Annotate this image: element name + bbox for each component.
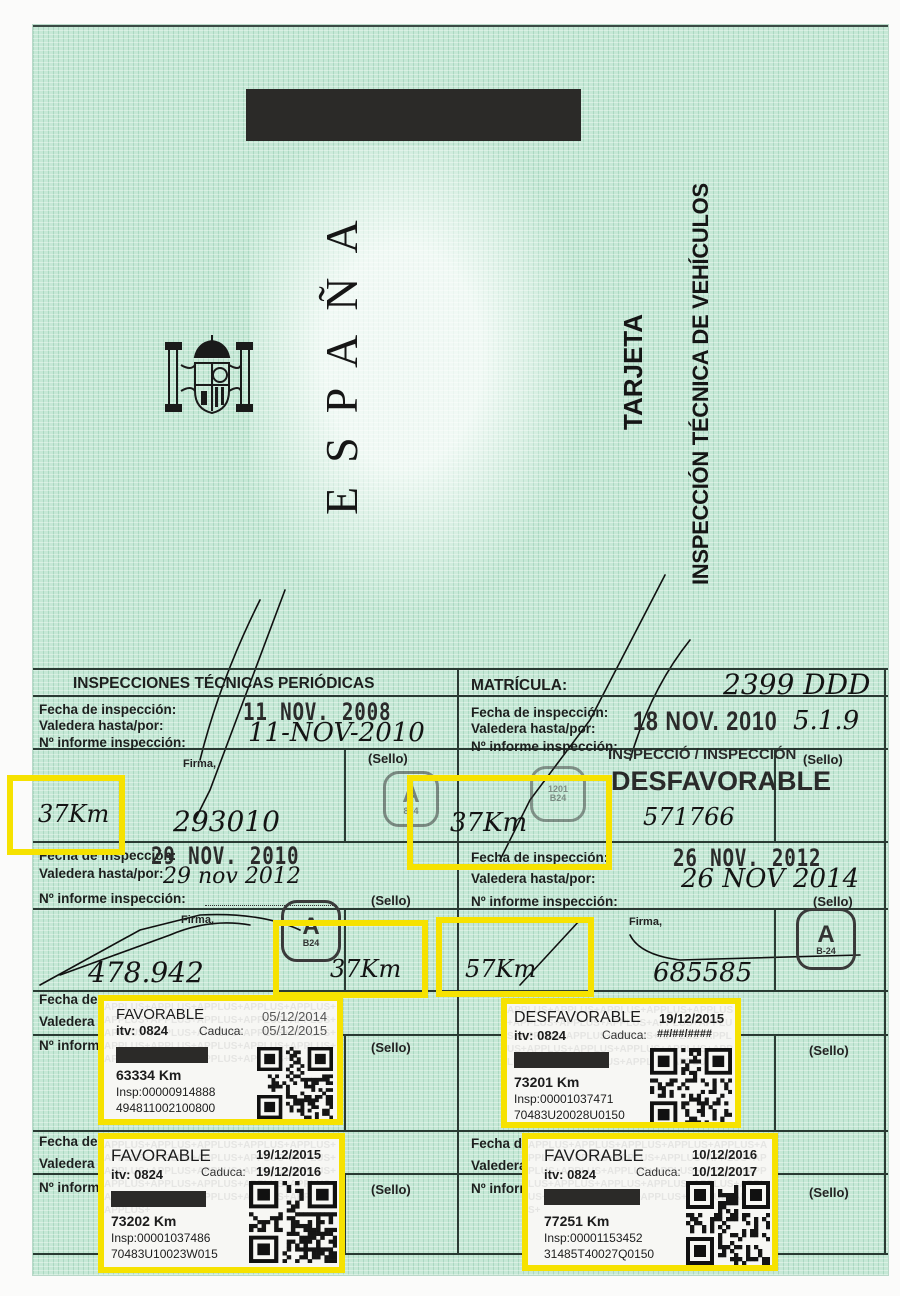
label-valid-until: Valedera: [39, 1014, 95, 1029]
sticker-caduca-label: Caduca:: [201, 1165, 246, 1179]
sticker-date: 10/12/2016: [692, 1147, 757, 1162]
report-number-3: 478.942: [88, 956, 204, 989]
label-signature: Firma,: [629, 916, 662, 928]
sticker-expiry: ##/##/####: [657, 1028, 712, 1040]
redacted-field: [514, 1052, 609, 1068]
sticker-date: 19/12/2015: [256, 1147, 321, 1162]
sticker-itv: itv: 0824: [111, 1167, 163, 1182]
result-stamp-line2: DESFAVORABLE: [611, 766, 831, 797]
sticker-caduca-label: Caduca:: [602, 1028, 647, 1042]
sticker-km: 73201 Km: [514, 1074, 579, 1090]
sticker-status: FAVORABLE: [116, 1006, 204, 1023]
valid-until-1: 11-NOV-2010: [248, 718, 425, 748]
sticker-status: DESFAVORABLE: [514, 1009, 641, 1027]
sticker-km: 73202 Km: [111, 1213, 176, 1229]
highlight-box: [436, 917, 594, 997]
sticker-date: 19/12/2015: [659, 1011, 724, 1026]
sticker-itv: itv: 0824: [514, 1028, 566, 1043]
itv-sticker: APPLUS+APPLUS+APPLUS+APPLUS+APPLUS+APPLU…: [522, 1133, 778, 1271]
highlight-box: [7, 775, 125, 855]
label-inspection-date: Fecha de: [39, 992, 98, 1007]
label-seal: (Sello): [809, 1043, 849, 1058]
sticker-code: 494811002100800: [116, 1101, 215, 1115]
label-valid-until: Valedera hasta/por:: [39, 866, 164, 881]
label-report-number: Nº informe inspección:: [471, 894, 618, 909]
sticker-code: 70483U10023W015: [111, 1247, 218, 1261]
redacted-field: [116, 1047, 208, 1063]
sticker-insp: Insp:00001037486: [111, 1231, 210, 1245]
sticker-insp: Insp:00000914888: [116, 1085, 215, 1099]
label-inspection-date: Fecha de inspección:: [471, 705, 608, 720]
label-inspection-date: Fecha de: [39, 1134, 98, 1149]
label-inspection-date: Fecha de: [471, 1136, 530, 1151]
report-number-2: 571766: [643, 803, 735, 831]
qr-code-icon: [257, 1047, 333, 1119]
highlight-box: [273, 920, 428, 998]
label-seal: (Sello): [803, 752, 843, 767]
sticker-code: 70483U20028U0150: [514, 1108, 625, 1122]
valid-until-4: 26 NOV 2014: [681, 864, 859, 894]
sticker-expiry: 10/12/2017: [692, 1164, 757, 1179]
label-valid-until: Valedera hasta/por:: [471, 871, 596, 886]
sticker-expiry: 05/12/2015: [262, 1023, 327, 1038]
sticker-km: 77251 Km: [544, 1213, 609, 1229]
table-header-plate: MATRÍCULA:: [471, 677, 567, 695]
sticker-itv: itv: 0824: [116, 1023, 168, 1038]
label-seal: (Sello): [371, 1182, 411, 1197]
sticker-km: 63334 Km: [116, 1067, 181, 1083]
label-inspection-date: Fecha de inspección:: [39, 702, 176, 717]
sticker-expiry: 19/12/2016: [256, 1164, 321, 1179]
plate-number: 2399 DDD: [723, 668, 871, 701]
label-valid-until: Valedera hasta/por:: [39, 718, 164, 733]
sticker-caduca-label: Caduca:: [199, 1024, 244, 1038]
annotation-2: 5.1.9: [793, 706, 859, 736]
valid-until-3: 29 nov 2012: [163, 864, 301, 889]
label-report-number: Nº inform: [39, 1180, 99, 1195]
highlight-box: [407, 775, 612, 870]
report-number-4: 685585: [653, 958, 752, 988]
sticker-status: FAVORABLE: [111, 1146, 211, 1166]
itv-sticker: APPLUS+APPLUS+APPLUS+APPLUS+APPLUS+APPLU…: [98, 995, 343, 1125]
label-signature: Firma,: [181, 914, 214, 926]
sticker-status: FAVORABLE: [544, 1146, 644, 1166]
label-valid-until: Valedera: [39, 1156, 95, 1171]
label-valid-until: Valedera: [471, 1158, 527, 1173]
result-stamp-line1: INSPECCIÓ / INSPECCIÓN: [608, 746, 796, 763]
label-report-number: Nº informe inspección:: [39, 891, 186, 906]
redacted-field: [111, 1191, 206, 1207]
sticker-itv: itv: 0824: [544, 1167, 596, 1182]
label-seal: (Sello): [371, 893, 411, 908]
itv-sticker: APPLUS+APPLUS+APPLUS+APPLUS+APPLUS+APPLU…: [501, 998, 741, 1128]
label-signature: Firma,: [183, 758, 216, 770]
table-header-left: INSPECCIONES TÉCNICAS PERIÓDICAS: [73, 675, 374, 693]
label-seal: (Sello): [371, 1040, 411, 1055]
label-seal: (Sello): [368, 751, 408, 766]
sticker-date: 05/12/2014: [262, 1009, 327, 1024]
sticker-caduca-label: Caduca:: [636, 1165, 681, 1179]
redacted-field: [544, 1189, 640, 1205]
label-report-number: Nº informe inspección:: [471, 739, 618, 754]
label-report-number: Nº inform: [39, 1038, 99, 1053]
applus-stamp-4: AB-24: [796, 908, 856, 970]
label-seal: (Sello): [813, 894, 853, 909]
label-seal: (Sello): [809, 1185, 849, 1200]
label-valid-until: Valedera hasta/por:: [471, 721, 596, 736]
label-report-number: Nº informe inspección:: [39, 735, 186, 750]
qr-code-icon: [249, 1181, 337, 1263]
inspection-date-2: 18 NOV. 2010: [633, 706, 778, 737]
qr-code-icon: [650, 1048, 732, 1128]
sticker-insp: Insp:00001037471: [514, 1092, 613, 1106]
qr-code-icon: [686, 1181, 770, 1265]
itv-sticker: APPLUS+APPLUS+APPLUS+APPLUS+APPLUS+APPLU…: [98, 1133, 345, 1273]
sticker-code: 31485T40027Q0150: [544, 1247, 654, 1261]
report-number-1: 293010: [173, 805, 280, 838]
sticker-insp: Insp:00001153452: [544, 1231, 643, 1245]
